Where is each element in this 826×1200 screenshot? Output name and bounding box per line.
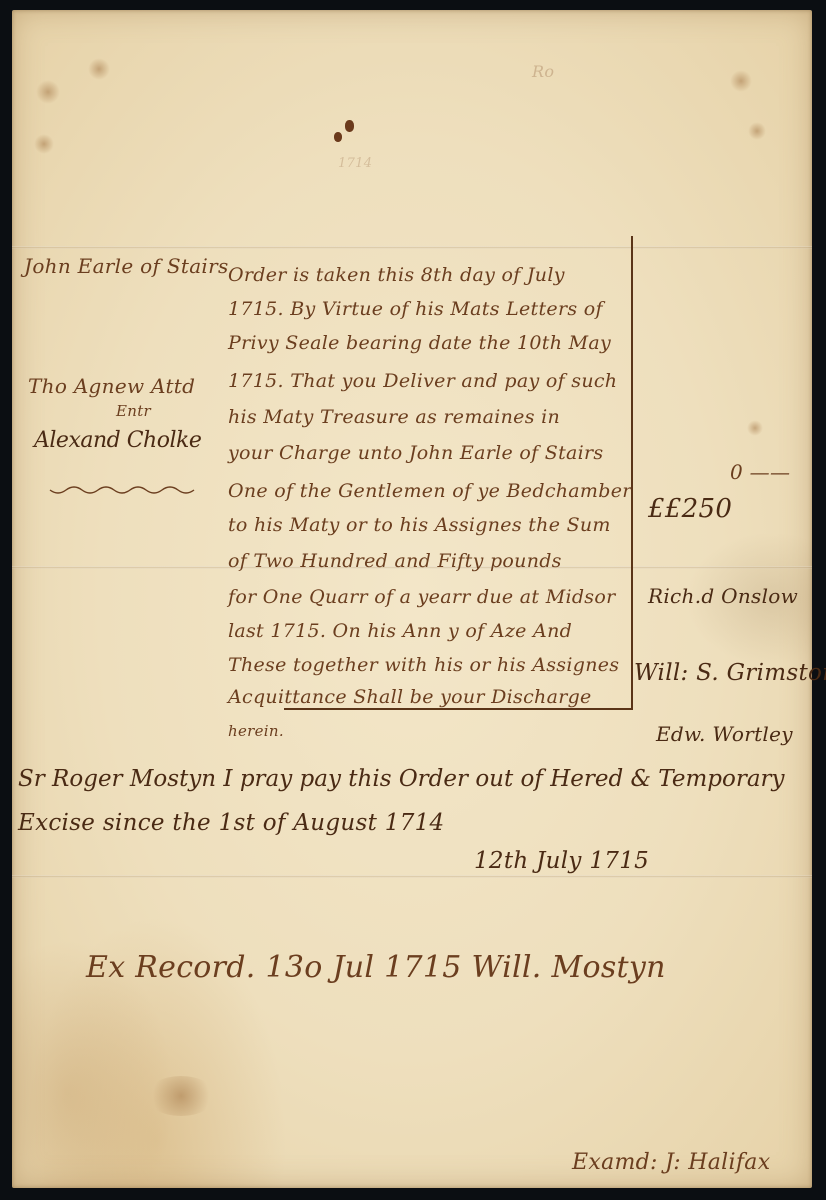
fold-crease-lower — [12, 875, 812, 878]
ink-blot — [345, 120, 354, 132]
faint-mark-top: 1714 — [338, 156, 372, 171]
attendance-note: Tho Agnew Attd — [28, 374, 195, 398]
endorsement-line-1: Sr Roger Mostyn I pray pay this Order ou… — [18, 766, 785, 792]
fold-crease-upper — [12, 246, 812, 249]
amount-suffix: 0 —— — [730, 460, 790, 484]
signature-grimston: Will: S. Grimston — [634, 660, 826, 686]
examined-note: Examd: J: Halifax — [572, 1150, 770, 1175]
order-line: One of the Gentlemen of ye Bedchamber — [228, 480, 632, 502]
stain — [747, 420, 763, 436]
order-box-right-rule — [631, 236, 633, 710]
endorsement-date: 12th July 1715 — [474, 848, 649, 874]
stain — [36, 80, 60, 104]
order-line: 1715. That you Deliver and pay of such — [228, 370, 617, 392]
order-line: 1715. By Virtue of his Mats Letters of — [228, 298, 603, 320]
order-line: of Two Hundred and Fifty pounds — [228, 550, 562, 572]
endorsement-line-2: Excise since the 1st of August 1714 — [18, 810, 445, 836]
order-line: his Maty Treasure as remaines in — [228, 406, 560, 428]
signature-onslow: Rich.d Onslow — [648, 584, 798, 608]
order-line: herein. — [228, 722, 284, 740]
order-line: Privy Seale bearing date the 10th May — [228, 332, 611, 354]
order-line: to his Maty or to his Assignes the Sum — [228, 514, 611, 536]
order-line: Acquittance Shall be your Discharge — [228, 686, 592, 708]
amount: ££250 — [648, 494, 732, 524]
order-line: Order is taken this 8th day of July — [228, 264, 565, 286]
signature-flourish — [48, 484, 198, 496]
stain — [34, 134, 54, 154]
order-box-bottom-rule — [284, 708, 633, 710]
order-line: last 1715. On his Ann y of Aze And — [228, 620, 572, 642]
signature-wortley: Edw. Wortley — [656, 722, 793, 746]
order-line: your Charge unto John Earle of Stairs — [228, 442, 603, 464]
stain — [146, 1076, 216, 1116]
record-note: Ex Record. 13o Jul 1715 Will. Mostyn — [86, 950, 666, 985]
stain — [730, 70, 752, 92]
ink-blot — [334, 132, 342, 142]
order-line: These together with his or his Assignes — [228, 654, 619, 676]
manuscript-page: 1714 Ro John Earle of Stairs Tho Agnew A… — [12, 10, 812, 1188]
payee-name: John Earle of Stairs — [24, 254, 229, 278]
stain — [748, 122, 766, 140]
entry-clerk-signature: Alexand Cholke — [34, 428, 201, 453]
faint-mark-top-right: Ro — [532, 62, 554, 81]
entered-label: Entr — [116, 402, 151, 420]
order-line: for One Quarr of a yearr due at Midsor — [228, 586, 615, 608]
stain — [88, 58, 110, 80]
